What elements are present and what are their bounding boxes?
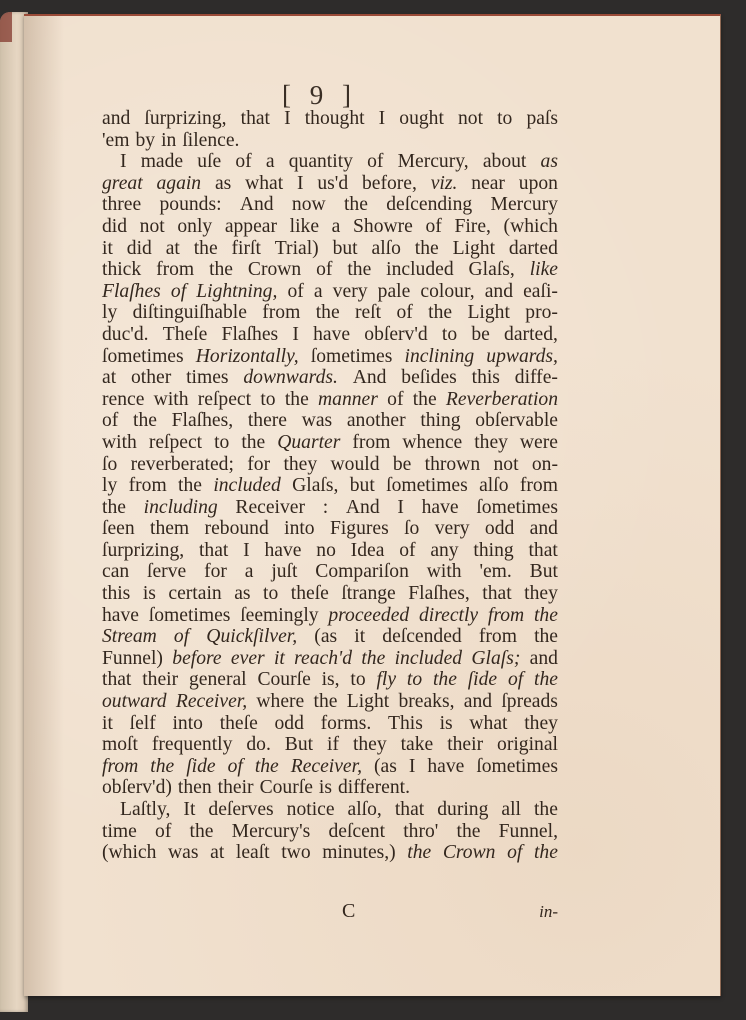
word: from (156, 259, 194, 281)
word: alſo, (348, 799, 382, 821)
word: they (283, 454, 317, 476)
text-line: 'embyinſilence. (102, 130, 558, 152)
text-line: lyfromtheincludedGlaſs,butſometimesalſof… (102, 475, 558, 497)
word: ſerve (147, 561, 186, 583)
word: pro- (525, 302, 558, 324)
word: of (316, 259, 332, 281)
word: ſpreads (501, 691, 558, 713)
word: directly (419, 605, 478, 627)
word: I (120, 151, 127, 173)
signature-mark: C (342, 900, 355, 923)
word: there (248, 410, 287, 432)
word: appear (225, 216, 277, 238)
word: It (183, 799, 195, 821)
word: eaſi- (523, 281, 558, 303)
word: is (440, 713, 453, 735)
word: have (102, 605, 139, 627)
word: what (245, 173, 283, 195)
word: 'em. (479, 561, 511, 583)
word: Receiver, (176, 691, 247, 713)
word: Light (347, 691, 389, 713)
word: Glaſs, (469, 259, 515, 281)
word: not (493, 454, 518, 476)
word: forms. (321, 713, 372, 735)
word: paſs (526, 108, 558, 130)
text-line: canſerveforajuſtCompariſonwith'em.But (102, 561, 558, 583)
word: have (422, 497, 459, 519)
text-line: haveſometimesſeeminglyproceededdirectlyf… (102, 605, 558, 627)
word: from (520, 475, 558, 497)
word: they (474, 432, 508, 454)
word: diſtinguiſhable (133, 302, 247, 324)
word: downwards. (243, 367, 338, 389)
word: where (256, 691, 304, 713)
word: diffe- (515, 367, 558, 389)
word: as (215, 173, 231, 195)
word: have (313, 324, 350, 346)
word: not (140, 216, 165, 238)
word: take (401, 734, 434, 756)
text-line: outwardReceiver,wheretheLightbreaks,andſ… (102, 691, 558, 713)
word: of (367, 151, 383, 173)
word: beſides (401, 367, 457, 389)
word: and (530, 648, 558, 670)
word: during (437, 799, 488, 821)
word: moſt (102, 734, 138, 756)
word: ly (102, 475, 117, 497)
word: ſo (102, 454, 117, 476)
word: ſelf (130, 713, 156, 735)
word: notice (287, 799, 335, 821)
word: juſt (271, 561, 297, 583)
word: odd (485, 518, 514, 540)
word: whence (402, 432, 462, 454)
text-line: threepounds:AndnowthedeſcendingMercury (102, 194, 558, 216)
word: Lightning, (196, 281, 277, 303)
word: the (316, 302, 340, 324)
word: from (262, 302, 300, 324)
text-line: ImadeuſeofaquantityofMercury,aboutas (102, 151, 558, 173)
word: thought (305, 108, 365, 130)
word: to (263, 583, 278, 605)
word: was (168, 842, 198, 864)
word: that (199, 540, 228, 562)
word: then (178, 777, 212, 799)
word: of (155, 821, 171, 843)
word: near (471, 173, 505, 195)
word: at (102, 367, 116, 389)
word: from (352, 432, 390, 454)
word: the (102, 497, 126, 519)
word: but (333, 238, 358, 260)
word: of (426, 216, 442, 238)
word: the (457, 821, 481, 843)
word: very (435, 518, 470, 540)
word: (which (504, 216, 558, 238)
word: thick (102, 259, 141, 281)
word: a (314, 281, 323, 303)
word: ſeen (102, 518, 135, 540)
word: that (241, 108, 270, 130)
word: Horizontally, (196, 346, 299, 368)
word: ever (231, 648, 265, 670)
word: of (387, 389, 403, 411)
word: the (344, 194, 368, 216)
word: the (534, 669, 558, 691)
word: that (482, 583, 511, 605)
word: is, (322, 669, 340, 691)
text-line: rencewithreſpecttothemanneroftheReverber… (102, 389, 558, 411)
word: inclining (405, 346, 475, 368)
word: (which (102, 842, 156, 864)
word: (as (314, 626, 337, 648)
gutter-shadow (24, 16, 64, 996)
word: a (332, 216, 341, 238)
word: they (353, 734, 387, 756)
word: Glaſs, (292, 475, 338, 497)
word: and (464, 691, 492, 713)
word: the (433, 669, 457, 691)
word: reſt (355, 302, 381, 324)
binding-edge (0, 12, 12, 42)
text-line: Laſtly,Itdeſervesnoticealſo,thatduringal… (102, 799, 558, 821)
word: And (240, 194, 274, 216)
text-line: itdidatthefirſtTrial)butalſotheLightdart… (102, 238, 558, 260)
word: Flaſhes (102, 281, 161, 303)
word: Light (467, 302, 509, 324)
word: before, (362, 173, 417, 195)
word: of (102, 410, 118, 432)
word: with (427, 561, 462, 583)
word: Crown (248, 259, 301, 281)
word: on- (532, 454, 558, 476)
word: ought (399, 108, 444, 130)
word: to (497, 108, 512, 130)
word: their (447, 734, 483, 756)
word: manner (318, 389, 378, 411)
word: Flaſhes, (408, 583, 470, 605)
word: Fire, (454, 216, 490, 238)
word: theſe (220, 713, 258, 735)
word: rence (102, 389, 144, 411)
word: ſo (404, 518, 419, 540)
word: made (141, 151, 183, 173)
text-line: (whichwasatleaſttwominutes,)theCrownofth… (102, 842, 558, 864)
word: time (102, 821, 137, 843)
word: but (350, 475, 375, 497)
word: obſervable (475, 410, 558, 432)
word: duc'd. (102, 324, 149, 346)
word: of (171, 281, 186, 303)
text-line: oftheFlaſhes,therewasanotherthingobſerva… (102, 410, 558, 432)
word: Mercury (491, 194, 558, 216)
word: thing (473, 540, 513, 562)
word: the (133, 410, 157, 432)
word: ſide (186, 756, 215, 778)
text-line: didnotonlyappearlikeaShowreofFire,(which (102, 216, 558, 238)
word: was (302, 410, 332, 432)
word: colour, (420, 281, 474, 303)
word: Theſe (163, 324, 208, 346)
text-line: fromtheſideoftheReceiver,(asIhaveſometim… (102, 756, 558, 778)
book-page: [ 9 ] andſurprizing,thatIthoughtIoughtno… (24, 14, 721, 996)
word: general (189, 669, 247, 691)
word: two (281, 842, 310, 864)
word: that (102, 669, 131, 691)
word: proceeded (328, 605, 409, 627)
word: And (346, 497, 380, 519)
word: Figures (330, 518, 389, 540)
word: three (102, 194, 141, 216)
word: 'em (102, 130, 129, 152)
word: any (430, 540, 458, 562)
word: before (172, 648, 221, 670)
word: viz. (431, 173, 458, 195)
word: it (102, 713, 113, 735)
word: the (285, 389, 309, 411)
word: what (469, 713, 507, 735)
word: it (274, 648, 285, 670)
word: the (190, 821, 214, 843)
text-line: StreamofQuickſilver,(asitdeſcendedfromth… (102, 626, 558, 648)
word: included (213, 475, 280, 497)
word: do. (246, 734, 271, 756)
word: breaks, (398, 691, 454, 713)
word: it (354, 626, 365, 648)
word: Stream (102, 626, 157, 648)
word: and (530, 518, 558, 540)
word: this (102, 583, 130, 605)
word: frequently (152, 734, 233, 756)
text-line: thisiscertainastotheſeſtrangeFlaſhes,tha… (102, 583, 558, 605)
word: they (524, 713, 558, 735)
word: another (347, 410, 406, 432)
word: did (127, 238, 152, 260)
word: and (485, 281, 513, 303)
word: other (131, 367, 171, 389)
text-line: ſometimesHorizontally,ſometimesinclining… (102, 346, 558, 368)
word: the (413, 389, 437, 411)
word: reach'd (294, 648, 352, 670)
word: including (144, 497, 218, 519)
body-text: andſurprizing,thatIthoughtIoughtnottopaſ… (102, 108, 558, 864)
page-footer: C in- (102, 900, 558, 922)
word: from (479, 626, 517, 648)
word: firſt (232, 238, 261, 260)
word: very (333, 281, 368, 303)
word: This (388, 713, 423, 735)
word: of (287, 281, 303, 303)
word: the (415, 238, 439, 260)
word: ſurprizing, (144, 108, 226, 130)
word: all (501, 799, 521, 821)
word: certain (168, 583, 221, 605)
word: like (290, 216, 319, 238)
text-line: ſeenthemreboundintoFiguresſoveryoddand (102, 518, 558, 540)
word: the (314, 691, 338, 713)
word: And (353, 367, 387, 389)
word: of (396, 302, 412, 324)
page-number: [ 9 ] (282, 80, 357, 111)
word: this (472, 367, 500, 389)
word: rebound (205, 518, 269, 540)
word: fly (376, 669, 396, 691)
word: upwards, (486, 346, 558, 368)
word: I (292, 324, 299, 346)
word: reſpect (198, 389, 251, 411)
word: ſilence. (182, 130, 239, 152)
text-line: andſurprizing,thatIthoughtIoughtnottopaſ… (102, 108, 558, 130)
word: the (534, 799, 558, 821)
word: only (177, 216, 212, 238)
word: reverberated; (131, 454, 234, 476)
word: a (245, 561, 254, 583)
catchword: in- (539, 902, 558, 922)
word: Courſe (257, 669, 310, 691)
word: of (174, 626, 189, 648)
word: into (284, 518, 314, 540)
word: a (266, 151, 275, 173)
word: Mercury, (398, 151, 469, 173)
word: (as (374, 756, 397, 778)
word: that (395, 799, 424, 821)
text-line: duc'd.TheſeFlaſhesIhaveobſerv'dtobedarte… (102, 324, 558, 346)
word: Idea (351, 540, 385, 562)
word: about (483, 151, 527, 173)
word: with (102, 432, 137, 454)
word: Receiver (235, 497, 305, 519)
word: original (497, 734, 558, 756)
word: I (284, 108, 291, 130)
word: Crown (443, 842, 496, 864)
word: as (541, 151, 558, 173)
word: ſurprizing, (102, 540, 184, 562)
word: of (228, 756, 243, 778)
word: Quarter (277, 432, 340, 454)
word: their (218, 777, 254, 799)
word: ſide (468, 669, 497, 691)
text-line: thattheirgeneralCourſeis,toflytotheſideo… (102, 669, 558, 691)
word: ſtrange (341, 583, 395, 605)
text-line: lydiſtinguiſhablefromthereſtoftheLightpr… (102, 302, 558, 324)
word: as (234, 583, 250, 605)
word: from (129, 475, 167, 497)
text-line: greatagainaswhatIus'dbefore,viz.nearupon (102, 173, 558, 195)
word: ſometimes (149, 605, 231, 627)
word: I (409, 756, 416, 778)
word: their (142, 669, 178, 691)
word: upon (519, 173, 558, 195)
word: deſcended (382, 626, 461, 648)
word: Mercury's (232, 821, 311, 843)
word: pale (378, 281, 411, 303)
word: deſcending (386, 194, 472, 216)
word: ſometimes (476, 497, 558, 519)
word: deſerves (208, 799, 273, 821)
word: us'd (317, 173, 348, 195)
word: from (102, 756, 138, 778)
word: Flaſhes, (172, 410, 234, 432)
word: now (292, 194, 326, 216)
word: the (209, 259, 233, 281)
word: of (508, 669, 523, 691)
word: obſerv'd) (102, 777, 172, 799)
word: for (204, 561, 227, 583)
word: is (319, 777, 332, 799)
word: to (442, 324, 457, 346)
text-line: ſoreverberated;fortheywouldbethrownnoton… (102, 454, 558, 476)
word: they (524, 583, 558, 605)
word: different. (338, 777, 410, 799)
word: thing (420, 410, 460, 432)
word: ſometimes (386, 475, 468, 497)
word: if (327, 734, 339, 756)
word: Showre (353, 216, 413, 238)
word: to (407, 669, 422, 691)
word: Flaſhes (222, 324, 279, 346)
word: thrown (425, 454, 481, 476)
text-line: thickfromtheCrownoftheincludedGlaſs,like (102, 259, 558, 281)
word: I (379, 108, 386, 130)
word: deſcent (328, 821, 385, 843)
text-line: ſurprizing,thatIhavenoIdeaofanythingthat (102, 540, 558, 562)
text-line: itſelfintotheſeoddforms.Thisiswhatthey (102, 713, 558, 735)
word: have (264, 540, 301, 562)
word: Laſtly, (120, 799, 170, 821)
word: were (520, 432, 558, 454)
word: ly (102, 302, 117, 324)
word: included (395, 648, 462, 670)
word: that (528, 540, 557, 562)
word: obſerv'd (364, 324, 427, 346)
word: : (323, 497, 328, 519)
word: the (255, 756, 279, 778)
word: included (386, 259, 453, 281)
word: But (530, 561, 558, 583)
text-line: timeoftheMercury'sdeſcentthro'theFunnel, (102, 821, 558, 843)
word: of (235, 151, 251, 173)
word: be (471, 324, 490, 346)
word: odd (275, 713, 304, 735)
word: pounds: (159, 194, 221, 216)
word: ſometimes (311, 346, 393, 368)
word: the (150, 756, 174, 778)
word: Receiver, (291, 756, 362, 778)
word: alſo (479, 475, 508, 497)
word: minutes,) (322, 842, 395, 864)
word: the (534, 626, 558, 648)
word: reſpect (149, 432, 202, 454)
word: in (161, 130, 176, 152)
word: like (530, 259, 558, 281)
word: the (407, 842, 431, 864)
word: ſometimes (476, 756, 558, 778)
word: can (102, 561, 129, 583)
word: But (285, 734, 313, 756)
text-line: moſtfrequentlydo.Butiftheytaketheirorigi… (102, 734, 558, 756)
word: ſometimes (102, 346, 184, 368)
word: theſe (291, 583, 329, 605)
word: leaſt (236, 842, 270, 864)
text-line: atothertimesdownwards.Andbeſidesthisdiff… (102, 367, 558, 389)
word: Light (453, 238, 495, 260)
word: into (172, 713, 202, 735)
word: Glaſs; (471, 648, 520, 670)
word: Reverberation (446, 389, 558, 411)
word: with (154, 389, 189, 411)
word: of (507, 842, 522, 864)
word: alſo (372, 238, 401, 260)
